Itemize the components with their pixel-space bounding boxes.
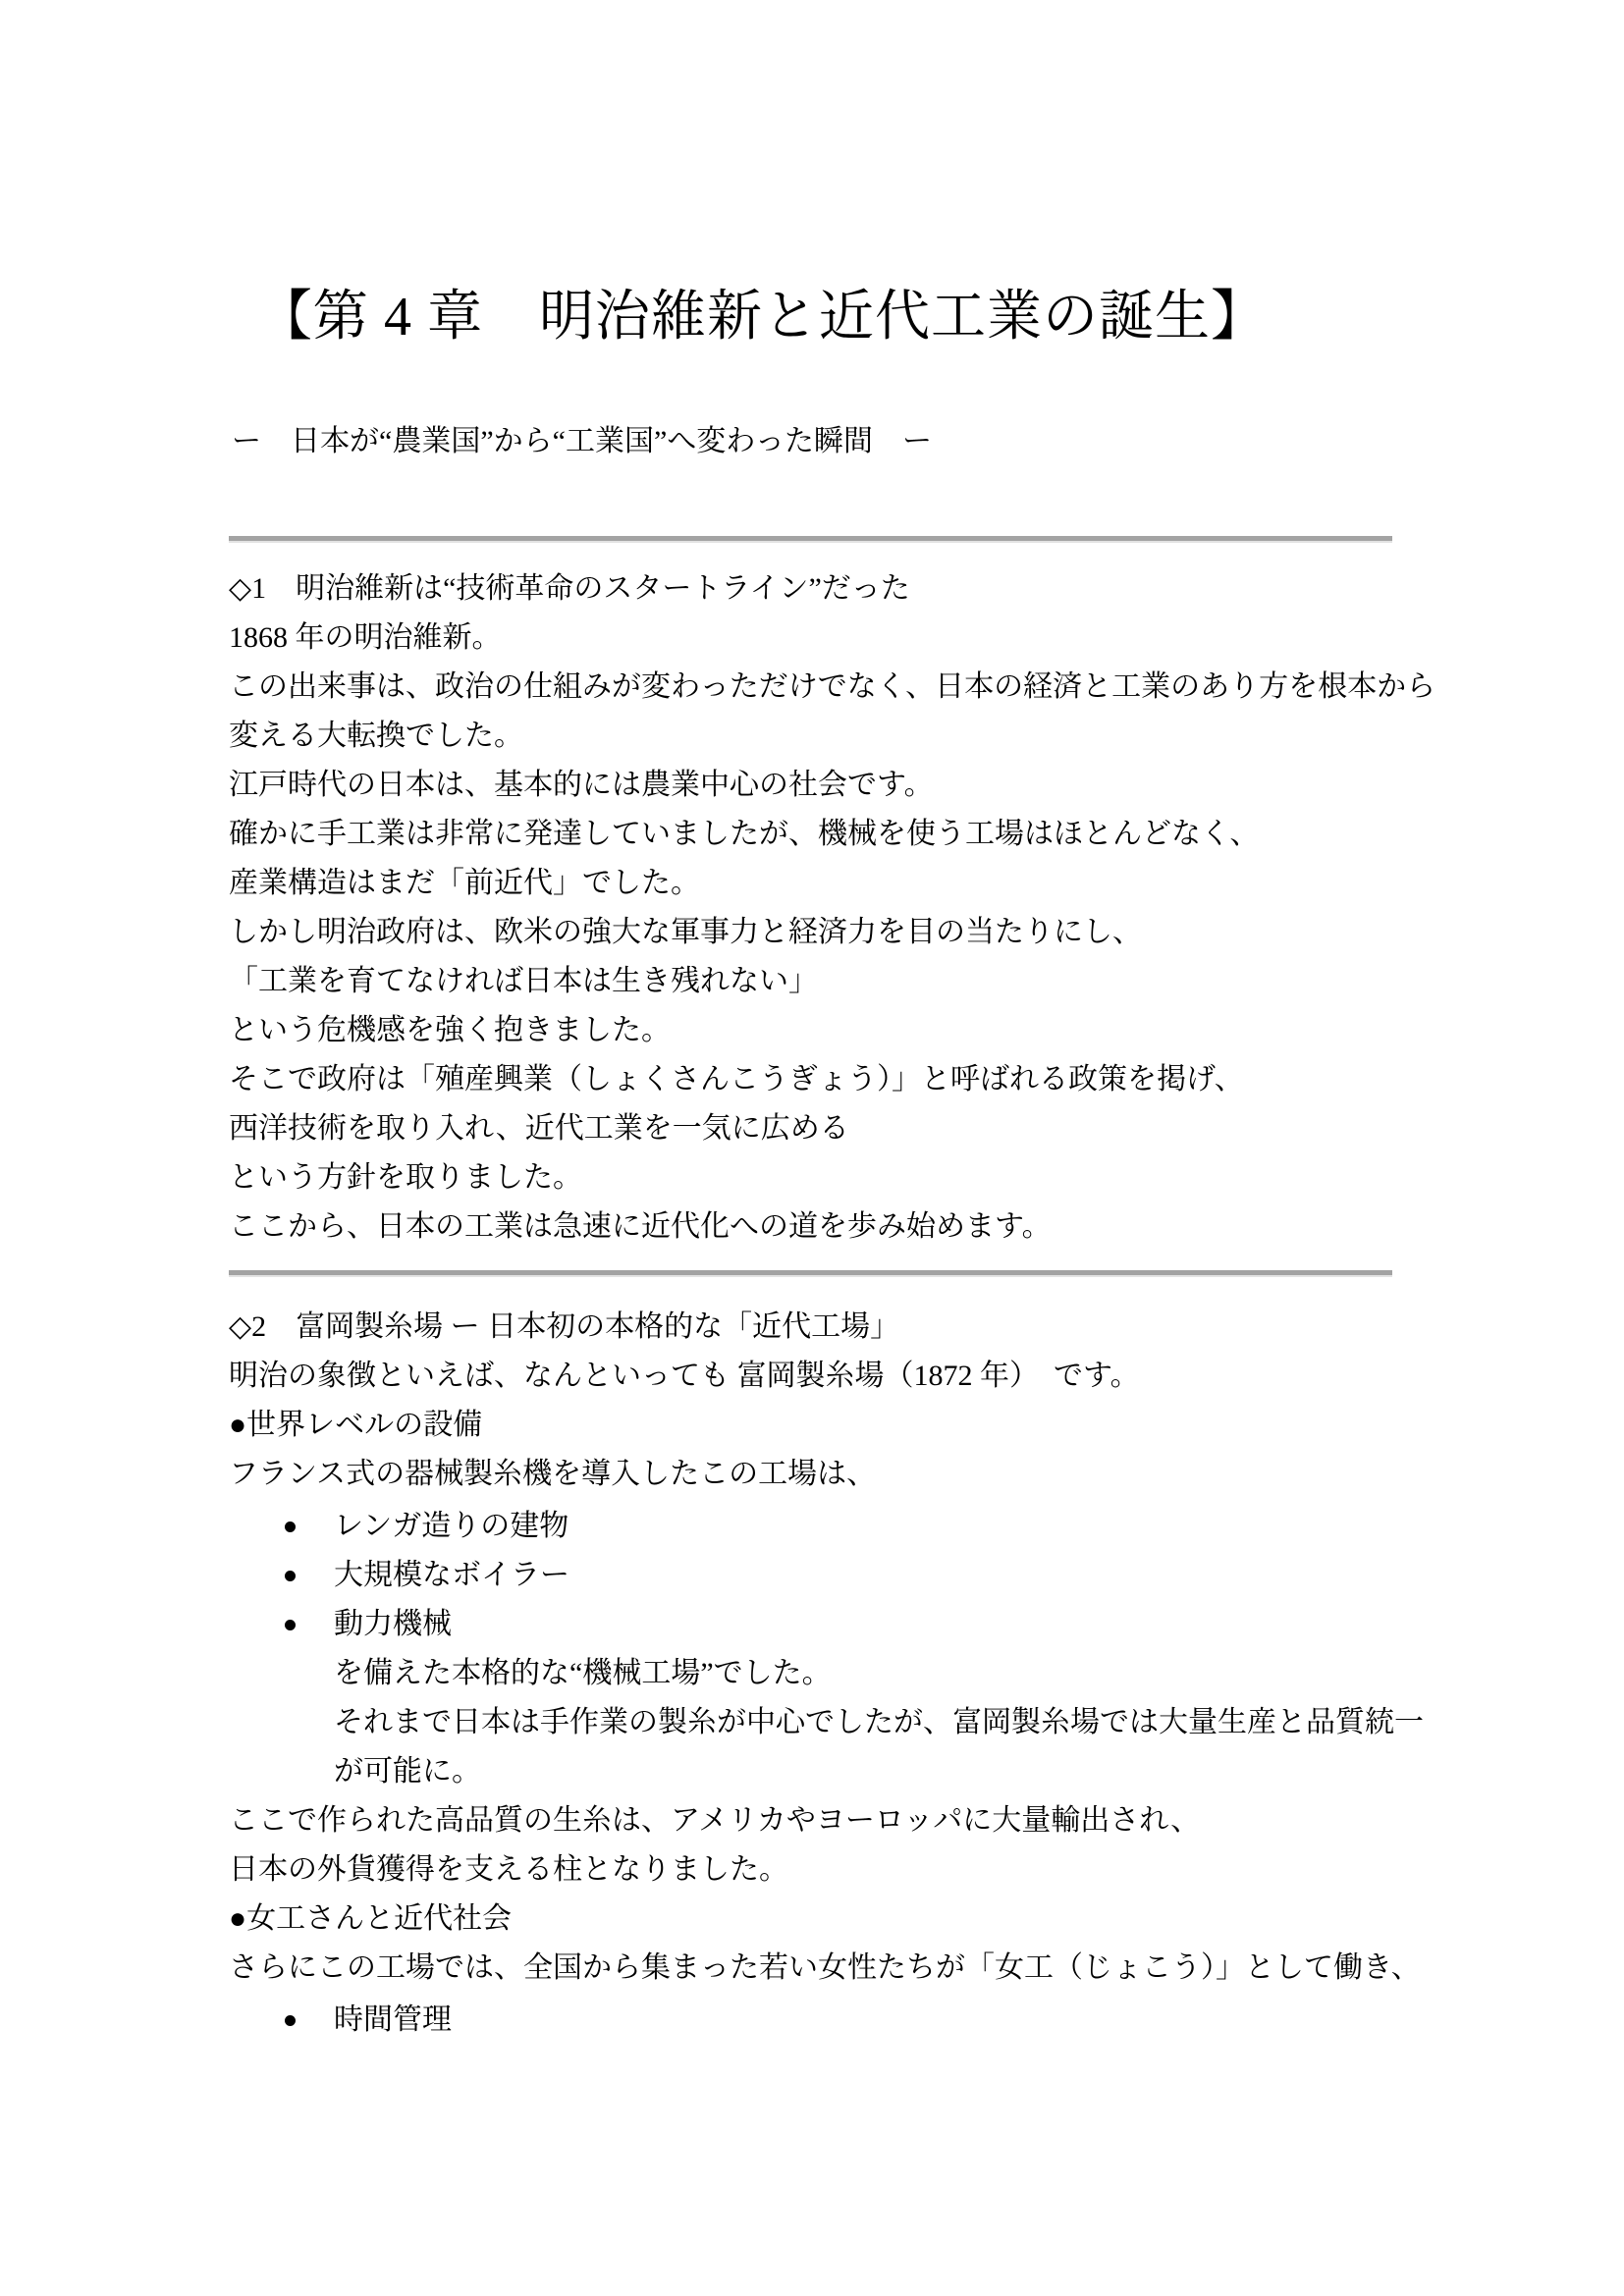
bullet-icon (285, 1571, 296, 1581)
list-item-text: 動力機械 (334, 1608, 452, 1640)
section-divider (229, 536, 1392, 543)
list-item: 時間管理 (229, 1996, 1466, 2045)
section-2-heading: ◇2 富岡製糸場 ー 日本初の本格的な「近代工場」 (229, 1303, 1466, 1352)
paragraph-line: そこで政府は「殖産興業（しょくさんこうぎょう）」と呼ばれる政策を掲げ、 (229, 1055, 1466, 1104)
list-item: 大規模なボイラー (229, 1551, 1466, 1600)
paragraph-line: 西洋技術を取り入れ、近代工業を一気に広める (229, 1104, 1466, 1153)
list-item-text: 時間管理 (334, 2003, 452, 2036)
paragraph-line: が可能に。 (229, 1747, 1466, 1796)
section-2: ◇2 富岡製糸場 ー 日本初の本格的な「近代工場」 明治の象徴といえば、なんとい… (229, 1303, 1466, 2045)
paragraph-line: 産業構造はまだ「前近代」でした。 (229, 859, 1466, 908)
paragraph-line: ここから、日本の工業は急速に近代化への道を歩み始めます。 (229, 1202, 1466, 1252)
section-1: ◇1 明治維新は“技術革命のスタートライン”だった 1868 年の明治維新。 こ… (229, 564, 1466, 1252)
bullet-icon (285, 2015, 296, 2026)
subheading-workers: ●女工さんと近代社会 (229, 1895, 1466, 1944)
paragraph-line: 確かに手工業は非常に発達していましたが、機械を使う工場はほとんどなく、 (229, 810, 1466, 859)
list-item: 動力機械 (229, 1600, 1466, 1649)
paragraph-line: フランス式の器械製糸機を導入したこの工場は、 (229, 1450, 1466, 1499)
page-subtitle: ー 日本が“農業国”から“工業国”へ変わった瞬間 ー (232, 422, 932, 461)
bullet-icon (285, 1522, 296, 1532)
list-item-text: 大規模なボイラー (334, 1559, 569, 1591)
list-item-text: レンガ造りの建物 (334, 1510, 568, 1542)
paragraph-line: を備えた本格的な“機械工場”でした。 (229, 1649, 1466, 1698)
paragraph-line: 1868 年の明治維新。 (229, 614, 1466, 663)
paragraph-line: ここで作られた高品質の生糸は、アメリカやヨーロッパに大量輸出され、 (229, 1796, 1466, 1845)
document-page: 【第 4 章 明治維新と近代工業の誕生】 ー 日本が“農業国”から“工業国”へ変… (0, 0, 1624, 2296)
paragraph-line: 江戸時代の日本は、基本的には農業中心の社会です。 (229, 761, 1466, 810)
paragraph-line: 「工業を育てなければ日本は生き残れない」 (229, 957, 1466, 1006)
bullet-icon (285, 1620, 296, 1630)
subheading-equipment: ●世界レベルの設備 (229, 1401, 1466, 1450)
paragraph-line: という方針を取りました。 (229, 1153, 1466, 1202)
paragraph-line: それまで日本は手作業の製糸が中心でしたが、富岡製糸場では大量生産と品質統一 (229, 1698, 1466, 1747)
section-1-heading: ◇1 明治維新は“技術革命のスタートライン”だった (229, 564, 1466, 614)
page-title: 【第 4 章 明治維新と近代工業の誕生】 (257, 283, 1267, 351)
paragraph-line: 明治の象徴といえば、なんといっても 富岡製糸場（1872 年） です。 (229, 1352, 1466, 1401)
section-divider (229, 1270, 1392, 1277)
list-item: レンガ造りの建物 (229, 1502, 1466, 1551)
paragraph-line: 日本の外貨獲得を支える柱となりました。 (229, 1845, 1466, 1895)
paragraph-line: さらにこの工場では、全国から集まった若い女性たちが「女工（じょこう）」として働き… (229, 1944, 1466, 1993)
paragraph-line: 変える大転換でした。 (229, 712, 1466, 761)
paragraph-line: という危機感を強く抱きました。 (229, 1006, 1466, 1055)
paragraph-line: この出来事は、政治の仕組みが変わっただけでなく、日本の経済と工業のあり方を根本か… (229, 663, 1466, 712)
paragraph-line: しかし明治政府は、欧米の強大な軍事力と経済力を目の当たりにし、 (229, 908, 1466, 957)
